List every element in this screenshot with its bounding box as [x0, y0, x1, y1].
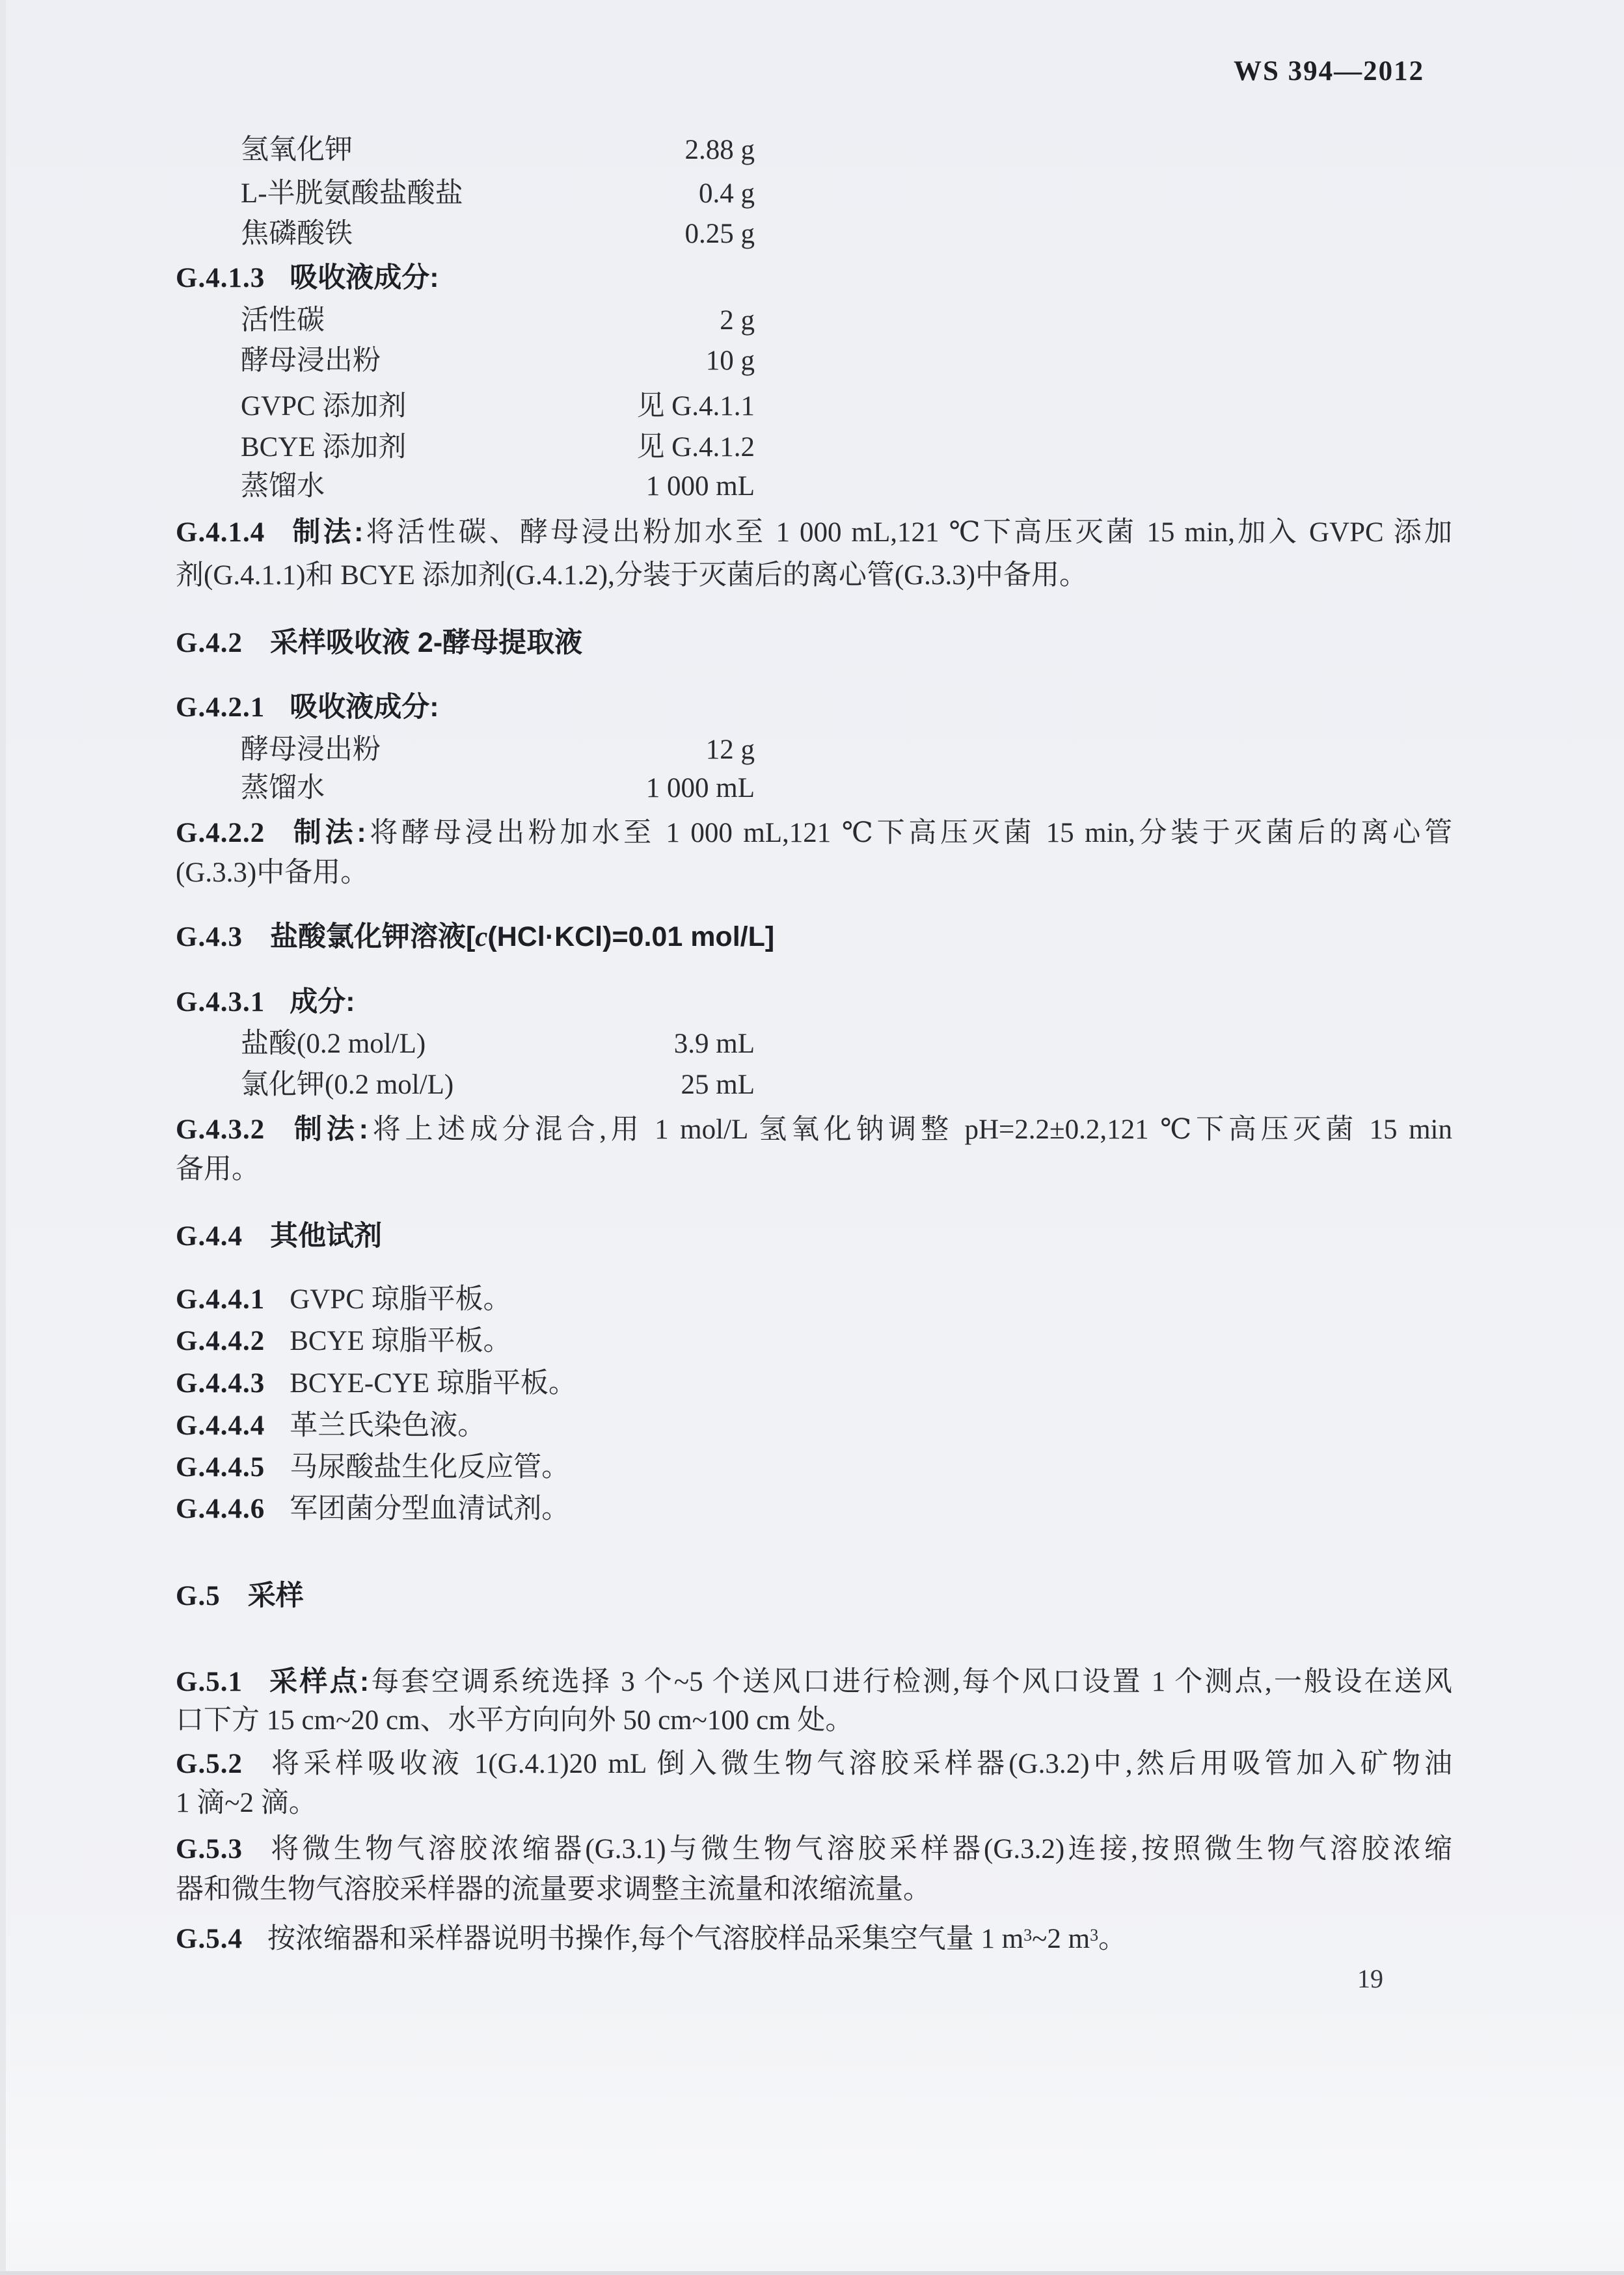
- clause-number: G.4.4.3: [176, 1368, 265, 1399]
- list-item-g442: G.4.4.2BCYE 琼脂平板。: [176, 1325, 511, 1358]
- ingredient-amount: 2 g: [720, 304, 755, 338]
- list-item-g441: G.4.4.1GVPC 琼脂平板。: [176, 1283, 511, 1317]
- section-heading-g42: G.4.2采样吸收液 2-酵母提取液: [176, 626, 582, 660]
- ingredient-label: 酵母浸出粉: [241, 733, 381, 767]
- heading-title: (HCl·KCl)=0.01 mol/L]: [487, 921, 774, 952]
- document-page: WS 394—2012 氢氧化钾 2.88 g L-半胱氨酸盐酸盐 0.4 g …: [0, 0, 1624, 2275]
- ingredient-row: 酵母浸出粉 10 g: [241, 344, 755, 378]
- clause-title: 吸收液成分:: [290, 262, 439, 293]
- page-bottom-edge-shading: [0, 2271, 1624, 2275]
- clause-g432-line2: 备用。: [176, 1153, 260, 1187]
- clause-g53-line2: 器和微生物气溶胶采样器的流量要求调整主流量和浓缩流量。: [176, 1873, 931, 1907]
- ingredient-amount: 10 g: [706, 344, 755, 378]
- clause-text: 将采样吸收液 1(G.4.1)20 mL 倒入微生物气溶胶采样器(G.3.2)中…: [267, 1749, 1452, 1779]
- superscript: 3: [1090, 1926, 1098, 1945]
- ingredient-amount: 见 G.4.1.2: [636, 431, 755, 464]
- clause-number: G.4.4.1: [176, 1284, 265, 1315]
- ingredient-row: BCYE 添加剂 见 G.4.1.2: [241, 431, 755, 464]
- list-item-g446: G.4.4.6军团菌分型血清试剂。: [176, 1492, 569, 1526]
- clause-number: G.4.3.1: [176, 987, 265, 1017]
- clause-text: 将上述成分混合,用 1 mol/L 氢氧化钠调整 pH=2.2±0.2,121 …: [368, 1114, 1452, 1145]
- ingredient-label: BCYE 添加剂: [241, 431, 406, 464]
- section-heading-g5: G.5采样: [176, 1579, 304, 1613]
- clause-g52-line1: G.5.2将采样吸收液 1(G.4.1)20 mL 倒入微生物气溶胶采样器(G.…: [176, 1747, 1452, 1781]
- clause-label: 制法:: [290, 517, 363, 548]
- heading-title: 盐酸氯化钾溶液[: [270, 921, 475, 952]
- clause-text: (G.3.3)中备用。: [176, 857, 368, 888]
- ingredient-row: GVPC 添加剂 见 G.4.1.1: [241, 390, 755, 424]
- clause-g53-line1: G.5.3将微生物气溶胶浓缩器(G.3.1)与微生物气溶胶采样器(G.3.2)连…: [176, 1833, 1452, 1866]
- clause-number: G.5.1: [176, 1667, 243, 1697]
- concentration-symbol: c: [475, 922, 487, 952]
- clause-text: BCYE 琼脂平板。: [290, 1326, 511, 1356]
- page-number: 19: [1357, 1963, 1383, 1994]
- ingredient-label: L-半胱氨酸盐酸盐: [241, 177, 463, 211]
- clause-g54: G.5.4按浓缩器和采样器说明书操作,每个气溶胶样品采集空气量 1 m3~2 m…: [176, 1918, 1126, 1956]
- ingredient-label: 酵母浸出粉: [241, 344, 381, 378]
- section-heading-g43: G.4.3盐酸氯化钾溶液[c(HCl·KCl)=0.01 mol/L]: [176, 920, 774, 954]
- ingredient-amount: 25 mL: [681, 1068, 755, 1102]
- clause-text: 剂(G.4.1.1)和 BCYE 添加剂(G.4.1.2),分装于灭菌后的离心管…: [176, 560, 1087, 591]
- clause-text: 1 滴~2 滴。: [176, 1788, 317, 1818]
- clause-number: G.4.4.5: [176, 1452, 265, 1483]
- ingredient-label: 蒸馏水: [241, 772, 325, 805]
- clause-number: G.4.1.4: [176, 517, 265, 548]
- clause-text: BCYE-CYE 琼脂平板。: [290, 1368, 576, 1399]
- heading-number: G.4.4: [176, 1221, 243, 1252]
- clause-text: 将酵母浸出粉加水至 1 000 mL,121 ℃下高压灭菌 15 min,分装于…: [366, 818, 1452, 848]
- clause-text: 口下方 15 cm~20 cm、水平方向向外 50 cm~100 cm 处。: [176, 1705, 853, 1736]
- clause-number: G.4.4.2: [176, 1326, 265, 1356]
- clause-g414-line2: 剂(G.4.1.1)和 BCYE 添加剂(G.4.1.2),分装于灭菌后的离心管…: [176, 559, 1087, 593]
- ingredient-row: 氢氧化钾 2.88 g: [241, 133, 755, 167]
- clause-text: 备用。: [176, 1154, 260, 1185]
- clause-text: 马尿酸盐生化反应管。: [290, 1452, 569, 1483]
- clause-number: G.4.3.2: [176, 1114, 265, 1145]
- clause-number: G.5.4: [176, 1924, 243, 1954]
- clause-g52-line2: 1 滴~2 滴。: [176, 1786, 317, 1820]
- superscript: 3: [1023, 1926, 1032, 1945]
- ingredient-amount: 0.4 g: [699, 177, 755, 211]
- clause-g422-line1: G.4.2.2制法:将酵母浸出粉加水至 1 000 mL,121 ℃下高压灭菌 …: [176, 816, 1452, 850]
- clause-text: 。: [1098, 1924, 1126, 1954]
- clause-text: 将活性碳、酵母浸出粉加水至 1 000 mL,121 ℃下高压灭菌 15 min…: [363, 517, 1452, 548]
- ingredient-row: 氯化钾(0.2 mol/L) 25 mL: [241, 1068, 755, 1102]
- heading-title: 其他试剂: [270, 1220, 382, 1252]
- ingredient-label: 氢氧化钾: [241, 133, 353, 167]
- clause-g431: G.4.3.1成分:: [176, 985, 355, 1019]
- heading-number: G.4.3: [176, 922, 243, 952]
- clause-number: G.5.2: [176, 1749, 243, 1779]
- ingredient-label: 盐酸(0.2 mol/L): [241, 1027, 426, 1061]
- clause-g432-line1: G.4.3.2制法:将上述成分混合,用 1 mol/L 氢氧化钠调整 pH=2.…: [176, 1112, 1452, 1147]
- ingredient-amount: 0.25 g: [685, 217, 755, 251]
- page-left-edge-shading: [0, 0, 6, 2275]
- list-item-g443: G.4.4.3BCYE-CYE 琼脂平板。: [176, 1367, 576, 1401]
- clause-label: 制法:: [290, 1114, 368, 1145]
- heading-number: G.4.2: [176, 628, 243, 658]
- clause-label: 制法:: [290, 817, 366, 848]
- clause-g413: G.4.1.3吸收液成分:: [176, 261, 439, 295]
- clause-number: G.4.1.3: [176, 263, 265, 293]
- clause-g51-line1: G.5.1采样点:每套空调系统选择 3 个~5 个送风口进行检测,每个风口设置 …: [176, 1665, 1452, 1699]
- section-heading-g44: G.4.4其他试剂: [176, 1219, 382, 1254]
- list-item-g444: G.4.4.4革兰氏染色液。: [176, 1409, 485, 1443]
- ingredient-label: 氯化钾(0.2 mol/L): [241, 1068, 453, 1102]
- ingredient-row: L-半胱氨酸盐酸盐 0.4 g: [241, 177, 755, 211]
- clause-text: 将微生物气溶胶浓缩器(G.3.1)与微生物气溶胶采样器(G.3.2)连接,按照微…: [267, 1834, 1452, 1864]
- ingredient-amount: 12 g: [706, 733, 755, 767]
- clause-label: 采样点:: [267, 1666, 369, 1697]
- clause-title: 成分:: [290, 986, 355, 1017]
- clause-number: G.4.4.6: [176, 1494, 265, 1524]
- clause-g414-line1: G.4.1.4制法:将活性碳、酵母浸出粉加水至 1 000 mL,121 ℃下高…: [176, 515, 1452, 550]
- list-item-g445: G.4.4.5马尿酸盐生化反应管。: [176, 1451, 569, 1485]
- clause-text: 器和微生物气溶胶采样器的流量要求调整主流量和浓缩流量。: [176, 1874, 931, 1905]
- ingredient-label: 蒸馏水: [241, 470, 325, 504]
- clause-number: G.4.2.2: [176, 818, 265, 848]
- ingredient-amount: 1 000 mL: [646, 470, 755, 504]
- ingredient-label: 焦磷酸铁: [241, 217, 353, 251]
- clause-number: G.4.2.1: [176, 692, 265, 723]
- heading-number: G.5: [176, 1581, 221, 1611]
- heading-title: 采样吸收液 2-酵母提取液: [270, 627, 582, 658]
- clause-text: GVPC 琼脂平板。: [290, 1284, 511, 1315]
- ingredient-amount: 1 000 mL: [646, 772, 755, 805]
- ingredient-row: 蒸馏水 1 000 mL: [241, 470, 755, 504]
- clause-g422-line2: (G.3.3)中备用。: [176, 856, 368, 890]
- ingredient-label: 活性碳: [241, 304, 325, 338]
- ingredient-amount: 见 G.4.1.1: [636, 390, 755, 424]
- ingredient-row: 活性碳 2 g: [241, 304, 755, 338]
- clause-text: 革兰氏染色液。: [290, 1410, 485, 1441]
- ingredient-row: 蒸馏水 1 000 mL: [241, 772, 755, 805]
- clause-number: G.5.3: [176, 1834, 243, 1864]
- ingredient-row: 酵母浸出粉 12 g: [241, 733, 755, 767]
- clause-text: 每套空调系统选择 3 个~5 个送风口进行检测,每个风口设置 1 个测点,一般设…: [369, 1667, 1452, 1697]
- clause-g421: G.4.2.1吸收液成分:: [176, 690, 439, 725]
- ingredient-row: 盐酸(0.2 mol/L) 3.9 mL: [241, 1027, 755, 1061]
- ingredient-label: GVPC 添加剂: [241, 390, 406, 424]
- clause-text: ~2 m: [1032, 1924, 1090, 1954]
- clause-text: 军团菌分型血清试剂。: [290, 1494, 569, 1524]
- clause-number: G.4.4.4: [176, 1410, 265, 1441]
- ingredient-amount: 3.9 mL: [674, 1027, 755, 1061]
- ingredient-row: 焦磷酸铁 0.25 g: [241, 217, 755, 251]
- standard-number: WS 394—2012: [1234, 55, 1424, 88]
- clause-title: 吸收液成分:: [290, 692, 439, 723]
- clause-g51-line2: 口下方 15 cm~20 cm、水平方向向外 50 cm~100 cm 处。: [176, 1704, 853, 1738]
- clause-text: 按浓缩器和采样器说明书操作,每个气溶胶样品采集空气量 1 m: [267, 1924, 1023, 1954]
- ingredient-amount: 2.88 g: [685, 133, 755, 167]
- heading-title: 采样: [248, 1580, 304, 1611]
